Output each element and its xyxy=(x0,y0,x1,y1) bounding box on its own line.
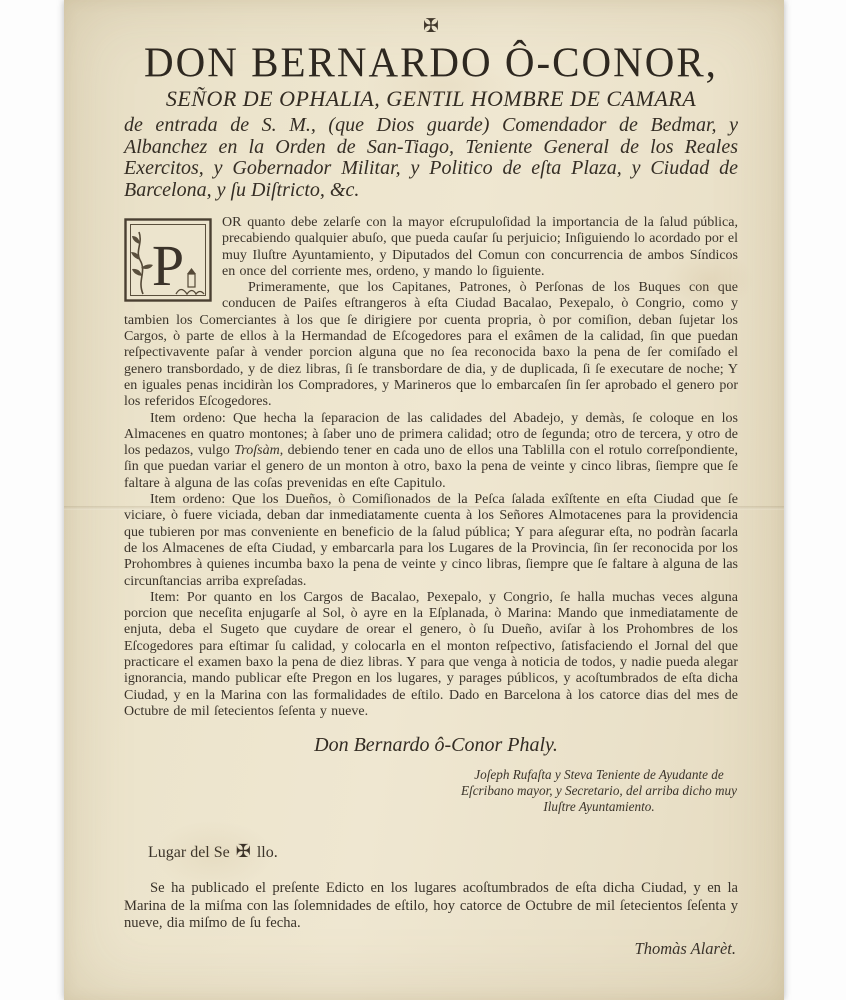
seal-text-before: Lugar del Se xyxy=(148,844,230,861)
page-title: DON BERNARDO Ô-CONOR, xyxy=(124,41,738,84)
signature: Don Bernardo ô-Conor Phaly. xyxy=(134,734,738,757)
secretary-note: Joſeph Rufaſta y Steva Teniente de Ayuda… xyxy=(448,767,750,815)
seal-cross-icon: ✠ xyxy=(234,841,253,861)
edict-body: P OR quanto debe zelarſe con la mayor eſ… xyxy=(124,215,738,720)
scan-background: { "colors": { "background": "#fdfdfd", "… xyxy=(0,0,846,1000)
drop-cap-letter: P xyxy=(152,233,184,298)
publication-note: Se ha publicado el preſente Edicto en lo… xyxy=(124,880,738,933)
seal-placeholder-line: Lugar del Se ✠ llo. xyxy=(148,841,738,862)
titulary-paragraph: de entrada de S. M., (que Dios guarde) C… xyxy=(124,115,738,202)
drop-cap-initial: P xyxy=(124,218,212,302)
paragraph-item-pregon: Item: Por quanto en los Cargos de Bacala… xyxy=(124,590,738,720)
paragraph-preamble-text: OR quanto debe zelarſe con la mayor eſcr… xyxy=(222,215,738,279)
clerk-signature: Thomàs Alarèt. xyxy=(124,939,736,959)
cross-fleury-ornament-icon: ✠ xyxy=(124,14,738,40)
trossam-term: Troſsàm xyxy=(234,443,279,458)
paragraph-preamble: P OR quanto debe zelarſe con la mayor eſ… xyxy=(124,215,738,280)
edict-paper: ✠ DON BERNARDO Ô-CONOR, SEÑOR DE OPHALIA… xyxy=(64,0,784,1000)
drop-cap-woodcut: P xyxy=(124,218,212,302)
seal-text-after: llo. xyxy=(257,844,278,861)
subtitle: SEÑOR DE OPHALIA, GENTIL HOMBRE DE CAMAR… xyxy=(124,86,738,112)
paragraph-primeramente: Primeramente, que los Capitanes, Patrone… xyxy=(124,280,738,410)
paragraph-item-almacenes: Item ordeno: Que hecha la ſeparacion de … xyxy=(124,411,738,492)
paragraph-item-pesca: Item ordeno: Que los Dueños, ò Comiſiona… xyxy=(124,492,738,590)
